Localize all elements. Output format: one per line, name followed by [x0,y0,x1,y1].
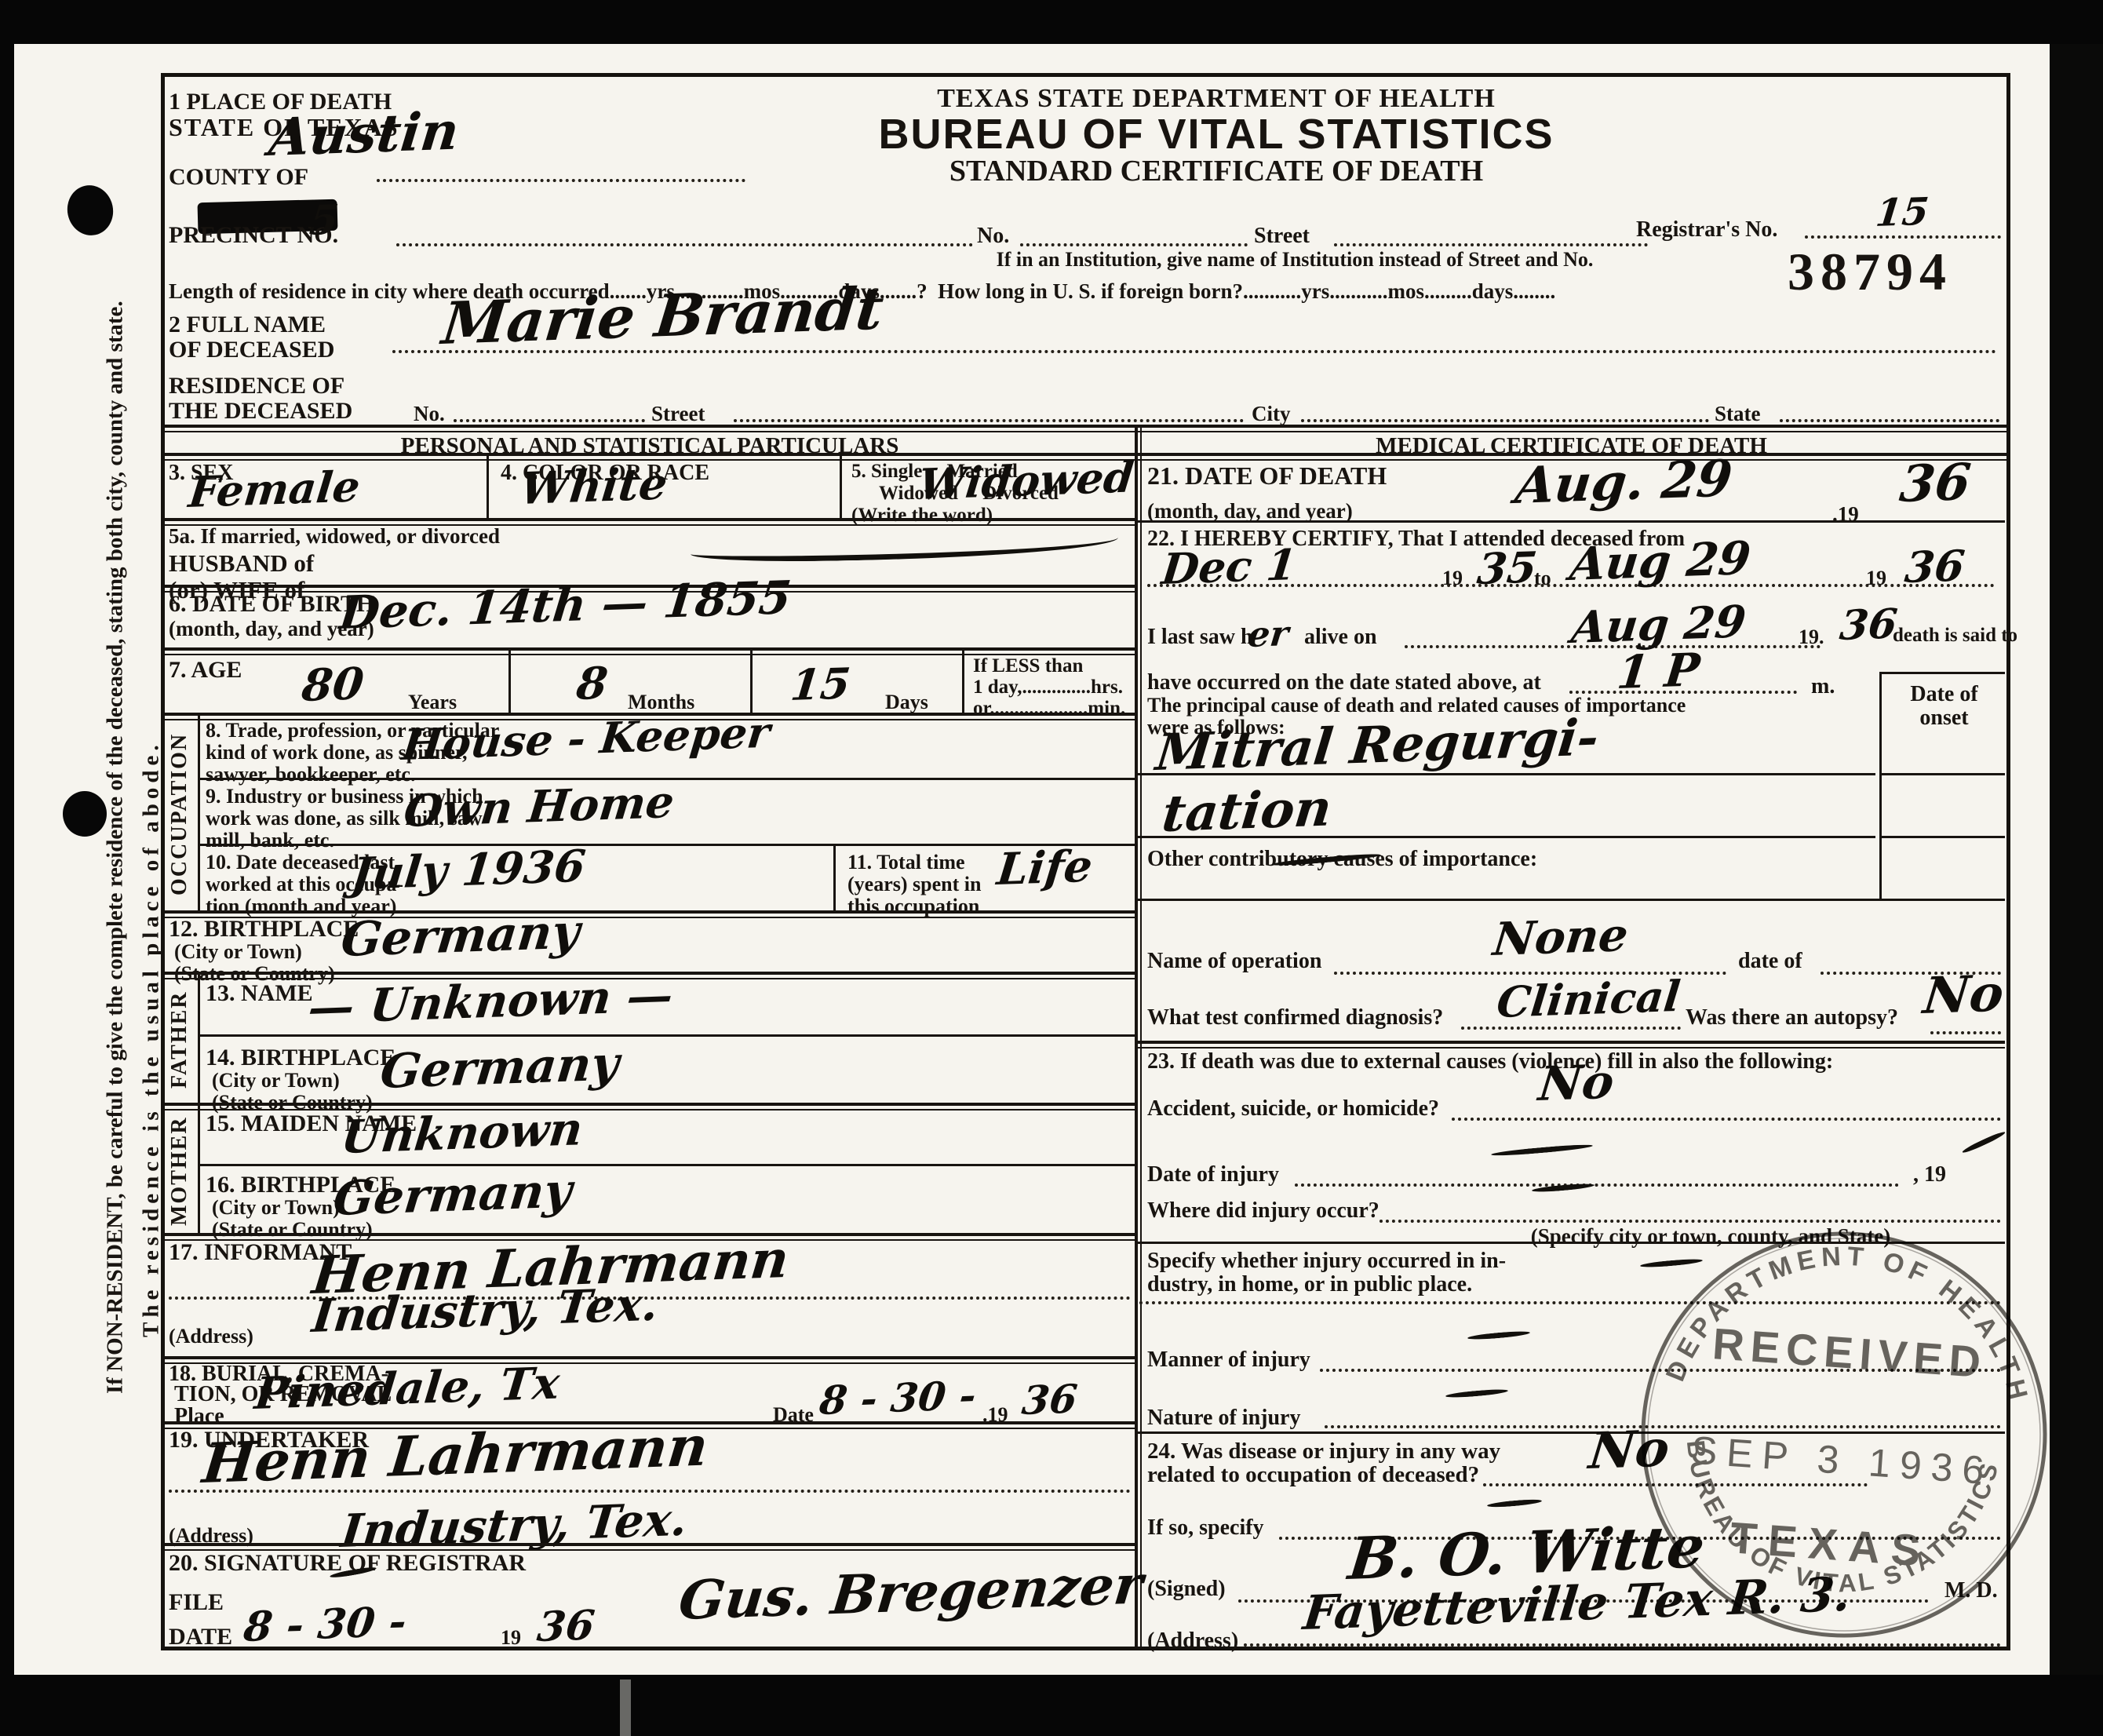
residence-label-1: RESIDENCE OF [169,372,344,399]
file-date-handwritten: 8 - 30 - [242,1602,408,1648]
undertaker-dotted-line [169,1490,1131,1493]
age-divider-3 [962,651,964,714]
precinct-handwritten: 5 [308,200,341,242]
row10-11-divider [833,845,836,912]
last-saw-prefix: I last saw h [1147,624,1253,650]
dod-year-handwritten: 36 [1897,458,1973,510]
cause-handwritten-2: tation [1160,784,1334,840]
county-of-label: COUNTY OF [169,163,308,191]
burial-date-year-handwritten: 36 [1020,1380,1079,1421]
occupation-related-label-2: related to occupation of deceased? [1147,1461,1479,1488]
operation-handwritten: None [1491,912,1631,962]
scan-artifact-streak [620,1679,631,1736]
undertaker-handwritten: Henn Lahrmann [200,1419,711,1491]
trade-handwritten: House - Keeper [400,711,772,766]
burial-place-handwritten: Pinedale, Tx [253,1362,562,1416]
last-saw-her-handwritten: er [1246,617,1290,653]
full-name-handwritten: Marie Brandt [439,280,886,353]
rule-industry-bottom [198,844,1135,846]
marital-handwritten: Widowed [917,456,1135,505]
last-saw-suffix: death is said to [1893,624,2017,647]
certificate-serial-number: 38794 [1788,240,1952,303]
file-date-year-handwritten: 36 [535,1606,596,1648]
certificate-title: STANDARD CERTIFICATE OF DEATH [745,154,1687,189]
county-dotted-line [377,179,745,182]
age-less-label-1: If LESS than [973,655,1083,678]
street-dotted-line [1334,243,1648,246]
father-birthplace-city-sub: (City or Town) [212,1069,340,1093]
race-handwritten: White [518,462,669,511]
onset-box-left [1879,672,1882,900]
rule-test-bottom [1138,1041,2005,1049]
age-less-label-2: 1 day,..............hrs. [973,676,1123,699]
occurred-prefix: have occurred on the date stated above, … [1147,669,1541,695]
mother-gutter-line [198,1106,200,1235]
injury-where-label: Where did injury occur? [1147,1198,1380,1224]
residence-state-dotted [1780,419,1999,422]
birthplace-label: 12. BIRTHPLACE [169,915,359,943]
age-days-handwritten: 15 [789,662,852,706]
stamp-received-text: RECEIVED [1711,1318,1988,1387]
street-label: Street [1254,223,1310,249]
cause-line-1 [1138,773,1875,775]
received-stamp: DEPARTMENT OF HEALTH RECEIVED SEP 3 1936… [1613,1204,2074,1665]
onset-label-2: onset [1883,705,2005,731]
file-date-19: 19 [501,1626,521,1650]
onset-label-1: Date of [1883,681,2005,707]
injury-place-label-2: dustry, in home, or in public place. [1147,1271,1472,1297]
occurred-suffix: m. [1811,673,1835,699]
full-name-label-1: 2 FULL NAME [169,311,326,338]
rowA-divider-2 [840,456,842,520]
residence-street-label: Street [651,402,705,427]
occurred-time-handwritten: 1 P [1615,647,1702,695]
spouse-label-2: HUSBAND of [169,549,314,578]
occupation-gutter-line [198,716,200,912]
scanned-death-certificate: If NON-RESIDENT, be careful to give the … [0,0,2103,1736]
father-name-handwritten: — Unknown — [306,972,675,1030]
last-worked-handwritten: July 1936 [349,844,588,896]
rule-residence-bottom [165,425,2006,432]
precinct-dotted-line [396,243,973,246]
autopsy-handwritten: No [1921,969,2006,1022]
onset-line-1 [1882,773,2005,775]
father-birthplace-handwritten: Germany [378,1041,621,1096]
onset-line-2 [1882,836,2005,838]
last-saw-date-handwritten: Aug 29 [1569,600,1748,650]
injury-date-19: , 19 [1913,1162,1946,1187]
registrar-no-dotted-line [1805,235,2001,239]
father-group-label: FATHER [162,977,198,1103]
cause-handwritten-1: Mitral Regurgi- [1154,713,1601,779]
mother-birthplace-handwritten: Germany [331,1168,574,1223]
accident-label: Accident, suicide, or homicide? [1147,1096,1439,1121]
age-years-handwritten: 80 [300,662,366,708]
autopsy-dotted [1930,1031,2001,1034]
dod-handwritten: Aug. 29 [1513,454,1734,512]
stamp-date-text: SEP 3 1936 [1689,1428,1995,1493]
operation-date-label: date of [1738,948,1802,974]
signed-address-label: (Address) [1147,1628,1238,1654]
external-causes-label: 23. If death was due to external causes … [1147,1049,1833,1074]
operation-label: Name of operation [1147,948,1321,974]
accident-handwritten: No [1536,1059,1616,1108]
residence-street-dotted [734,419,1244,422]
father-name-label: 13. NAME [206,979,313,1007]
informant-address-handwritten: Industry, Tex. [310,1282,661,1339]
burial-date-handwritten: 8 - 30 - [818,1376,978,1421]
signed-label: (Signed) [1147,1576,1226,1602]
cause-line-2 [1138,836,1875,838]
if-so-specify-label: If so, specify [1147,1515,1264,1541]
residence-no-label: No. [414,402,445,427]
registrar-no-label: Registrar's No. [1636,217,1777,243]
autopsy-label: Was there an autopsy? [1686,1005,1898,1030]
no-label: No. [977,223,1009,249]
total-time-handwritten: Life [995,844,1095,892]
accident-dotted [1452,1118,2001,1121]
attended-from-year-handwritten: 35 [1475,545,1539,590]
county-handwritten: Austin [267,105,461,163]
birthplace-handwritten: Germany [339,909,582,964]
father-gutter-line [198,975,200,1104]
last-saw-19: 19. [1799,625,1824,650]
age-divider-1 [508,651,511,714]
residence-no-dotted [454,419,645,422]
attended-to-handwritten: Aug 29 [1568,535,1753,587]
registrar-no-handwritten: 15 [1874,193,1930,232]
nature-of-injury-label: Nature of injury [1147,1405,1300,1431]
attended-to-19: 19 [1866,567,1886,591]
attended-to-year-handwritten: 36 [1903,544,1966,589]
injury-place-label-1: Specify whether injury occurred in in- [1147,1248,1506,1274]
informant-address-label: (Address) [169,1325,253,1349]
last-saw-year-handwritten: 36 [1838,604,1899,647]
test-handwritten: Clinical [1495,975,1682,1023]
full-name-label-2: OF DECEASED [169,336,334,363]
age-years-label: Years [408,691,457,715]
total-time-label-2: (years) spent in [847,873,981,897]
last-saw-mid: alive on [1304,624,1377,650]
margin-note-nonresident: If NON-RESIDENT, be careful to give the … [97,61,133,1634]
age-label: 7. AGE [169,656,242,684]
personal-section-header: PERSONAL AND STATISTICAL PARTICULARS [165,432,1135,459]
rowA-divider-1 [487,456,489,520]
rule-contributory-bottom [1138,899,2005,901]
mother-birthplace-city-sub: (City or Town) [212,1196,340,1220]
rule-father-name-bottom [198,1034,1135,1037]
mother-name-handwritten: Unknown [339,1106,585,1160]
total-time-label-1: 11. Total time [847,851,965,875]
mother-group-label: MOTHER [162,1108,198,1234]
age-months-handwritten: 8 [574,662,610,706]
residence-label-2: THE DECEASED [169,397,352,425]
rule-dod-bottom [1138,520,2005,523]
rule-mother-name-bottom [198,1164,1135,1166]
residence-city-dotted [1301,419,1709,422]
test-label: What test confirmed diagnosis? [1147,1005,1443,1030]
onset-box-top [1879,672,2005,674]
sex-handwritten: Female [187,465,362,513]
dod-19: .19 [1832,502,1859,527]
industry-label-3: mill, bank, etc. [206,829,334,853]
attended-to-label: to [1534,567,1551,591]
birthplace-city-sub: (City or Town) [174,940,302,965]
rule-column-divider [1135,425,1142,1647]
trade-label-3: sawyer, bookkeeper, etc. [206,763,415,787]
age-divider-2 [750,651,753,714]
injury-date-label: Date of injury [1147,1162,1279,1187]
punch-hole-bottom [63,791,107,837]
occupation-group-label: OCCUPATION [162,718,198,910]
file-date-label: DATE [169,1623,232,1650]
file-label: FILE [169,1588,224,1616]
father-birthplace-label: 14. BIRTHPLACE [206,1044,395,1071]
manner-of-injury-label: Manner of injury [1147,1347,1310,1373]
institution-note: If in an Institution, give name of Insti… [906,248,1683,272]
attended-from-19: 19 [1442,567,1463,591]
industry-handwritten: Own Home [402,780,676,833]
dod-label: 21. DATE OF DEATH [1147,461,1387,491]
no-dotted-line [1020,243,1248,246]
residence-city-label: City [1252,402,1291,427]
spouse-label-1: 5a. If married, widowed, or divorced [169,524,500,549]
residence-state-label: State [1715,402,1760,427]
attended-from-handwritten: Dec 1 [1160,543,1299,590]
registrar-signature-handwritten: Gus. Bregenzer [676,1559,1145,1628]
age-days-label: Days [885,691,928,715]
bureau-title: BUREAU OF VITAL STATISTICS [745,110,1687,160]
injury-date-dotted [1295,1183,1899,1187]
